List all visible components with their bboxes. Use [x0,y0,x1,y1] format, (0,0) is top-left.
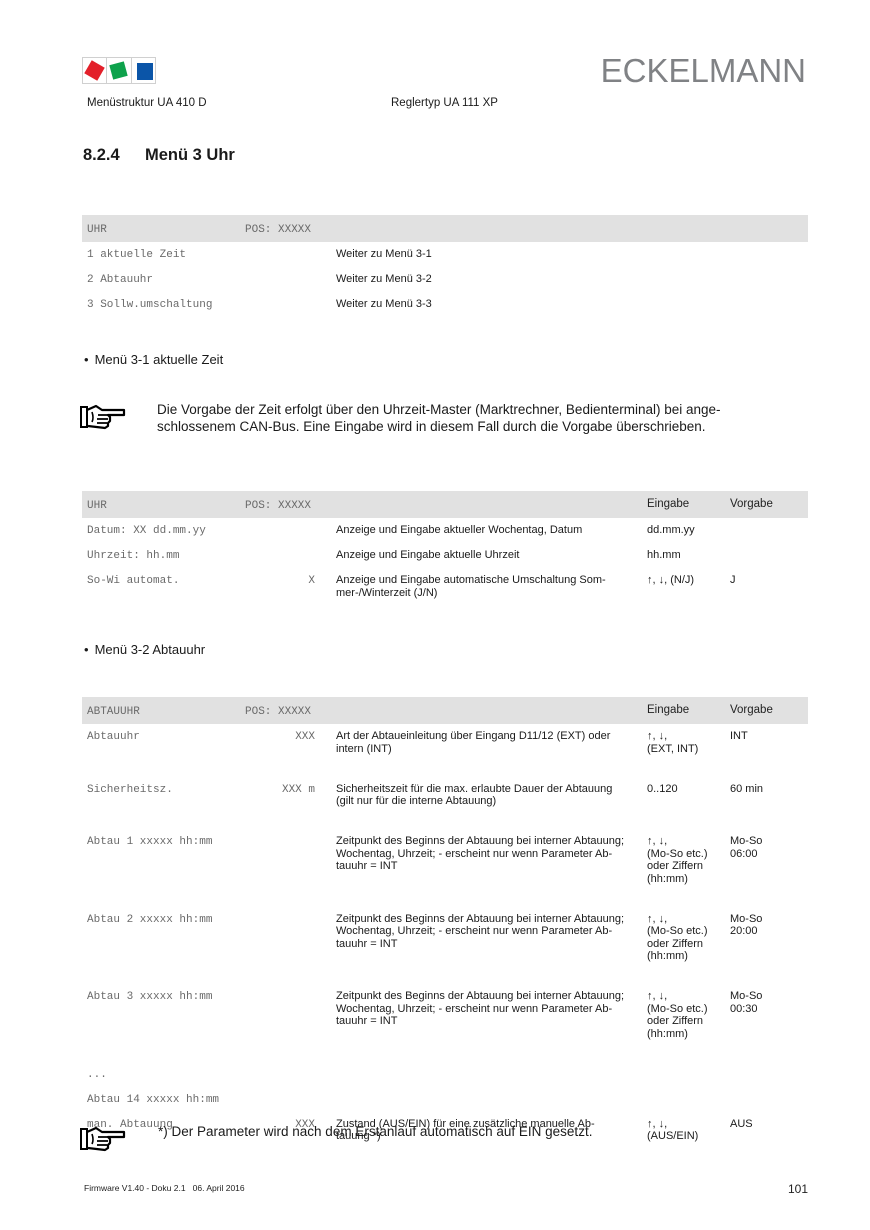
param-value: XXX m [282,784,315,796]
table-header: ABTAUUHR POS: XXXXX Eingabe Vorgabe [82,697,808,724]
param-input: ↑, ↓, (Mo-So etc.) oder Ziffern (hh:mm) [647,913,708,963]
param-input: hh.mm [647,549,681,562]
table-row: Abtau 3 xxxxx hh:mmZeitpunkt des Beginns… [82,984,808,1062]
param-name: ... [87,1069,107,1081]
param-default: Mo-So 06:00 [730,835,762,860]
brand-name: ECKELMANN [601,52,806,90]
bullet-text: Menü 3-2 Abtauuhr [95,642,206,657]
header-default: Vorgabe [730,704,773,717]
table-row: So-Wi automat.XAnzeige und Eingabe autom… [82,568,808,614]
param-input: 0..120 [647,783,678,796]
param-description: Art der Abtaueinleitung über Eingang D11… [336,730,636,755]
header-default: Vorgabe [730,498,773,511]
section-number: 8.2.4 [83,146,145,165]
param-input: ↑, ↓, (N/J) [647,574,694,587]
table-header: UHR POS: XXXXX [82,215,808,242]
param-default: J [730,574,736,587]
param-description: Anzeige und Eingabe automatische Umschal… [336,574,636,599]
company-logo [82,57,156,84]
param-input: dd.mm.yy [647,524,695,537]
param-value: XXX [295,731,315,743]
bullet-menu-3-1: •Menü 3-1 aktuelle Zeit [84,352,223,367]
param-name: Datum: XX dd.mm.yy [87,525,206,537]
param-name: Abtau 1 xxxxx hh:mm [87,836,212,848]
param-name: Abtau 3 xxxxx hh:mm [87,991,212,1003]
param-default: 60 min [730,783,763,796]
header-pos: POS: XXXXX [245,706,311,718]
param-name: Sicherheitsz. [87,784,173,796]
param-default: Mo-So 20:00 [730,913,762,938]
param-description: Zeitpunkt des Beginns der Abtauung bei i… [336,835,636,873]
footer-version: Firmware V1.40 - Doku 2.1 06. April 2016 [84,1183,245,1193]
note-time-master: Die Vorgabe der Zeit erfolgt über den Uh… [157,401,721,435]
table-row: Abtau 14 xxxxx hh:mm [82,1087,808,1112]
table-row: Datum: XX dd.mm.yyAnzeige und Eingabe ak… [82,518,808,543]
param-input: ↑, ↓, (Mo-So etc.) oder Ziffern (hh:mm) [647,835,708,885]
pointing-hand-icon [80,402,128,430]
menu-3-1-table: UHR POS: XXXXX Eingabe Vorgabe Datum: XX… [82,491,808,614]
menu-3-2-table: ABTAUUHR POS: XXXXX Eingabe Vorgabe Abta… [82,697,808,1164]
param-name: So-Wi automat. [87,575,179,587]
table-row: Uhrzeit: hh.mmAnzeige und Eingabe aktuel… [82,543,808,568]
logo-green-square [106,57,130,84]
header-menu-name: ABTAUUHR [87,706,140,718]
table-row: 3 Sollw.umschaltungWeiter zu Menü 3-3 [82,292,808,317]
param-description: Weiter zu Menü 3-2 [336,273,636,286]
param-default: AUS [730,1118,753,1131]
section-heading: Menü 3 Uhr [145,146,235,164]
param-name: Uhrzeit: hh.mm [87,550,179,562]
table-row: AbtauuhrXXXArt der Abtaueinleitung über … [82,724,808,777]
param-name: 1 aktuelle Zeit [87,249,186,261]
menu-uhr-table: UHR POS: XXXXX 1 aktuelle ZeitWeiter zu … [82,215,808,317]
param-default: Mo-So 00:30 [730,990,762,1015]
param-name: Abtau 2 xxxxx hh:mm [87,914,212,926]
header-pos: POS: XXXXX [245,224,311,236]
param-name: 2 Abtauuhr [87,274,153,286]
header-input: Eingabe [647,704,689,717]
note-line: Die Vorgabe der Zeit erfolgt über den Uh… [157,401,721,418]
param-input: ↑, ↓, (EXT, INT) [647,730,698,755]
param-description: Zeitpunkt des Beginns der Abtauung bei i… [336,990,636,1028]
header-menu-name: UHR [87,500,107,512]
table-row: ... [82,1062,808,1087]
header-menu-name: UHR [87,224,107,236]
page-number: 101 [788,1182,808,1196]
table-row: Sicherheitsz.XXX mSicherheitszeit für di… [82,777,808,830]
header-pos: POS: XXXXX [245,500,311,512]
header-controller-type: Reglertyp UA 111 XP [391,97,498,109]
param-description: Weiter zu Menü 3-1 [336,248,636,261]
param-description: Zeitpunkt des Beginns der Abtauung bei i… [336,913,636,951]
param-description: Anzeige und Eingabe aktuelle Uhrzeit [336,549,636,562]
param-name: Abtauuhr [87,731,140,743]
param-input: ↑, ↓, (Mo-So etc.) oder Ziffern (hh:mm) [647,990,708,1040]
param-default: INT [730,730,748,743]
table-row: Abtau 2 xxxxx hh:mmZeitpunkt des Beginns… [82,907,808,985]
logo-blue-square [131,57,156,84]
param-description: Anzeige und Eingabe aktueller Wochentag,… [336,524,636,537]
param-name: Abtau 14 xxxxx hh:mm [87,1094,219,1106]
param-input: ↑, ↓, (AUS/EIN) [647,1118,698,1143]
param-value: X [308,575,315,587]
note-line: schlossenem CAN-Bus. Eine Eingabe wird i… [157,418,721,435]
param-description: Weiter zu Menü 3-3 [336,298,636,311]
header-input: Eingabe [647,498,689,511]
table-row: 2 AbtauuhrWeiter zu Menü 3-2 [82,267,808,292]
table-row: Abtau 1 xxxxx hh:mmZeitpunkt des Beginns… [82,829,808,907]
param-name: 3 Sollw.umschaltung [87,299,212,311]
pointing-hand-icon [80,1124,128,1152]
bullet-text: Menü 3-1 aktuelle Zeit [95,352,224,367]
param-description: Sicherheitszeit für die max. erlaubte Da… [336,783,636,808]
bullet-menu-3-2: •Menü 3-2 Abtauuhr [84,642,205,657]
table-header: UHR POS: XXXXX Eingabe Vorgabe [82,491,808,518]
logo-red-square [82,57,106,84]
section-title: 8.2.4Menü 3 Uhr [83,146,235,165]
note-manual-defrost: *) Der Parameter wird nach dem Erstanlau… [158,1123,592,1140]
table-row: 1 aktuelle ZeitWeiter zu Menü 3-1 [82,242,808,267]
header-menu-structure: Menüstruktur UA 410 D [87,97,207,109]
